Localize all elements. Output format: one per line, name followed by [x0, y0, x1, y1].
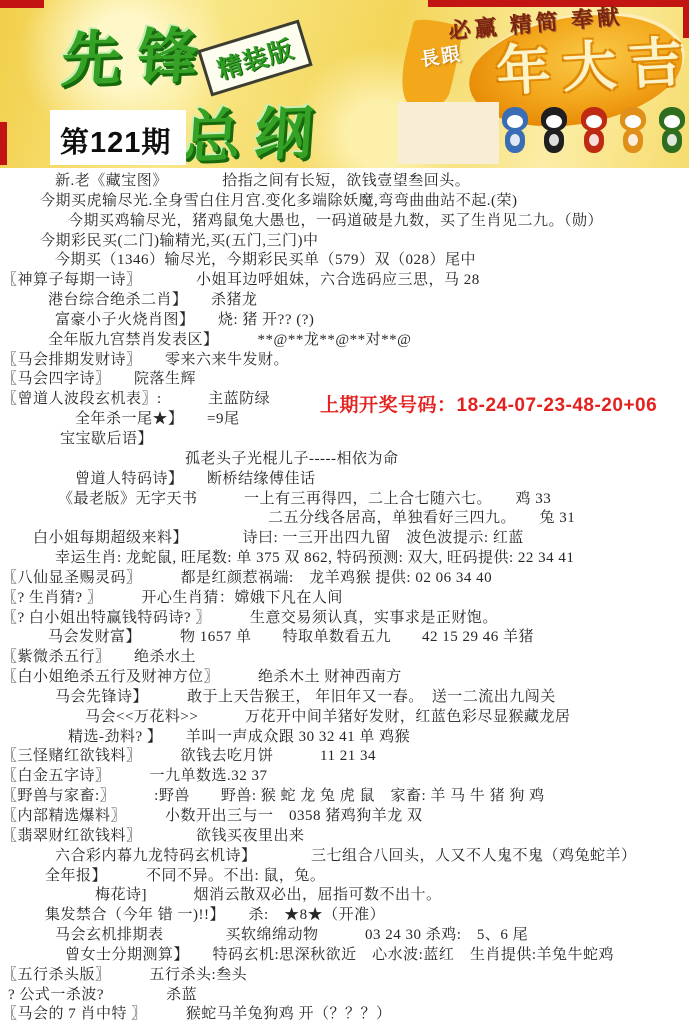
- follow-banner-text: 長跟: [418, 39, 464, 72]
- report-line: 精选-劲料? 】 羊叫一声成众跟 30 32 41 单 鸡猴: [0, 728, 689, 748]
- report-line: 今期买虎输尽光.全身雪白住月宫.变化多端除妖魔,弯弯曲曲站不起.(荣): [0, 192, 689, 212]
- report-line: 〖马会四字诗〗 院落生辉: [0, 370, 689, 390]
- report-line: 〖翡翠财红欲钱料〗 欲钱买夜里出来: [0, 827, 689, 847]
- report-line: 今期彩民买(二门)输精光,买(五门,三门)中: [0, 232, 689, 252]
- report-line: 〖? 生肖猜? 〗 开心生肖猜：嫦娥下凡在人间: [0, 589, 689, 609]
- report-line: 〖? 白小姐出特赢钱特码诗? 〗 生意交易须认真，实事求是正财饱。: [0, 609, 689, 629]
- report-line: 〖神算子每期一诗〗 小姐耳边呼姐妹，六合选码应三思，马 28: [0, 271, 689, 291]
- masthead-title-bottom: 总纲: [180, 86, 330, 168]
- report-line: ? 公式一杀波? 杀蓝: [0, 986, 689, 1006]
- fuwa-panda-icon: [537, 107, 571, 163]
- fuwa-blue-icon: [498, 107, 532, 163]
- report-line: 梅花诗] 烟消云散双必出，屈指可数不出十。: [0, 886, 689, 906]
- tip-sheet-page: 必赢 精简 奉献 長跟 年大吉 先锋 总纲 精装版 第121期 新.老《藏宝图》…: [0, 0, 689, 1027]
- report-line: 《最老版》无字天书 一上有三再得四，二上合七随六七。 鸡 33: [0, 490, 689, 510]
- report-line: 马会发财富】 物 1657 单 特取单数看五九 42 15 29 46 羊猪: [0, 628, 689, 648]
- report-line: 幸运生肖: 龙蛇鼠, 旺尾数: 单 375 双 862, 特码预测: 双大, 旺…: [0, 549, 689, 569]
- report-line: 曾道人特码诗】 断桥结缘傅佳话: [0, 470, 689, 490]
- report-line: 二五分线各居高，单独看好三四九。 兔 31: [0, 509, 689, 529]
- report-line: 〖马会的 7 肖中特 〗 猴蛇马羊兔狗鸡 开（？？？）: [0, 1005, 689, 1025]
- report-line: 集发禁合（今年 错 一)!!】 杀: ★8★（开准）: [0, 906, 689, 926]
- report-line: 全年报】 不同不异。不出: 鼠，兔。: [0, 867, 689, 887]
- report-line: 港台综合绝杀二肖】 杀猪龙: [0, 291, 689, 311]
- report-line: 〖白小姐绝杀五行及财神方位〗 绝杀木土 财神西南方: [0, 668, 689, 688]
- report-line: 孤老头子光棍儿子-----相依为命: [0, 450, 689, 470]
- blank-patch: [398, 102, 499, 164]
- report-line: 富豪小子火烧肖图】 烧: 猪 开?? (?): [0, 311, 689, 331]
- report-line: 六合彩内幕九龙特码玄机诗】 三七组合八回头，人又不人鬼不鬼（鸡兔蛇羊）: [0, 847, 689, 867]
- greeting-banner-text: 年大吉: [494, 19, 689, 106]
- report-line: 全年版九宫禁肖发表区】 **@**龙**@**对**@: [0, 331, 689, 351]
- report-line: 新.老《藏宝图》 拾指之间有长短，欲钱壹望叁回头。: [0, 172, 689, 192]
- report-line: 马会玄机排期表 买软绵绵动物 03 24 30 杀鸡: 5、6 尾: [0, 926, 689, 946]
- report-line: 今期买（1346）输尽光，今期彩民买单（579）双（028）尾中: [0, 251, 689, 271]
- report-line: 〖三怪赌红欲钱料〗 欲钱去吃月饼 11 21 34: [0, 747, 689, 767]
- report-line: 〖内部精选爆料〗 小数开出三与一 0358 猪鸡狗羊龙 双: [0, 807, 689, 827]
- report-line: 曾女士分期测算】 特码玄机:思深秋欲近 心水波:蓝红 生肖提供:羊兔牛蛇鸡: [0, 946, 689, 966]
- masthead-title-top: 先锋: [59, 7, 217, 98]
- report-line: 宝宝歇后语】: [0, 430, 689, 450]
- edition-badge-label: 精装版: [212, 29, 297, 86]
- report-line: 马会<<万花料>> 万花开中间羊猪好发财，红蓝色彩尽显猴藏龙居: [0, 708, 689, 728]
- masthead: 必赢 精简 奉献 長跟 年大吉 先锋 总纲 精装版 第121期: [0, 0, 689, 168]
- report-line: 〖白金五字诗〗 一九单数选.32 37: [0, 767, 689, 787]
- fuwa-orange-icon: [616, 107, 650, 163]
- last-draw-numbers: 上期开奖号码：18-24-07-23-48-20+06: [320, 390, 657, 417]
- report-line: 白小姐每期超级来料】 诗曰: 一三开出四九留 波色波提示: 红蓝: [0, 529, 689, 549]
- report-line: 〖马会排期发财诗〗 零来六来牛发财。: [0, 351, 689, 371]
- report-line: 〖野兽与家畜:〗 :野兽 野兽: 猴 蛇 龙 兔 虎 鼠 家畜: 羊 马 牛 猪…: [0, 787, 689, 807]
- report-line: 〖紫微杀五行〗 绝杀水土: [0, 648, 689, 668]
- report-line: 〖八仙显圣赐灵码〗 都是红颜惹祸端: 龙羊鸡猴 提供: 02 06 34 40: [0, 569, 689, 589]
- report-line: 〖五行杀头版〗 五行杀头:叁头: [0, 966, 689, 986]
- issue-patch: 第121期: [50, 110, 186, 165]
- fuwa-green-icon: [655, 107, 689, 163]
- report-line: 今期买鸡输尽光，猪鸡鼠兔大愚也，一码道破是九数，买了生肖见二九。（勋）: [0, 212, 689, 232]
- mascot-row: [498, 103, 689, 163]
- fuwa-red-flame-icon: [577, 107, 611, 163]
- red-strip-top-left: [0, 0, 44, 8]
- issue-number-label: 第121期: [60, 120, 171, 161]
- report-lines: 新.老《藏宝图》 拾指之间有长短，欲钱壹望叁回头。今期买虎输尽光.全身雪白住月宫…: [0, 168, 689, 1025]
- report-line: 马会先锋诗】 敢于上天告猴王， 年旧年又一春。 送一二流出九闯关: [0, 688, 689, 708]
- red-strip-left-edge: [0, 122, 7, 165]
